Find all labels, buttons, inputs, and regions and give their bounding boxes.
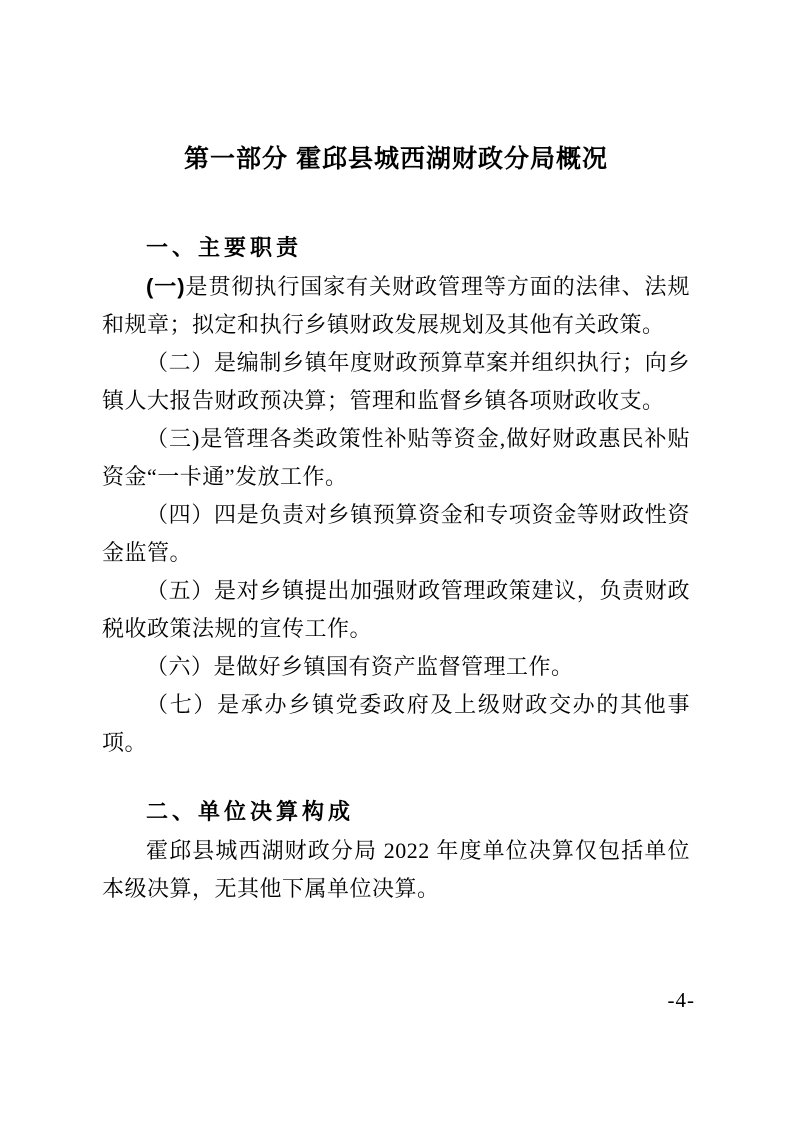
duty-paragraph-1: (一)是贯彻执行国家有关财政管理等方面的法律、法规和规章；拟定和执行乡镇财政发展… [102, 268, 690, 344]
paragraph-marker: （七） [146, 692, 217, 717]
page-number: -4- [668, 988, 696, 1012]
duty-paragraph-4: （四）四是负责对乡镇预算资金和专项资金等财政性资金监管。 [102, 496, 690, 572]
unit-composition-paragraph: 霍邱县城西湖财政分局 2022 年度单位决算仅包括单位本级决算，无其他下属单位决… [102, 832, 690, 908]
paragraph-text: 霍邱县城西湖财政分局 2022 年度单位决算仅包括单位本级决算，无其他下属单位决… [102, 838, 690, 901]
duty-paragraph-5: （五）是对乡镇提出加强财政管理政策建议，负责财政税收政策法规的宣传工作。 [102, 572, 690, 648]
section-heading-main-duties: 一、主要职责 [102, 228, 690, 268]
paragraph-marker: （五） [146, 578, 214, 603]
document-title: 第一部分 霍邱县城西湖财政分局概况 [102, 142, 690, 176]
duty-paragraph-3: （三)是管理各类政策性补贴等资金,做好财政惠民补贴资金“一卡通”发放工作。 [102, 420, 690, 496]
duty-paragraph-2: （二）是编制乡镇年度财政预算草案并组织执行；向乡镇人大报告财政预决算；管理和监督… [102, 344, 690, 420]
duty-paragraph-6: （六）是做好乡镇国有资产监督管理工作。 [102, 648, 690, 686]
paragraph-marker: （六） [146, 654, 214, 679]
paragraph-text: 是做好乡镇国有资产监督管理工作。 [214, 654, 574, 679]
paragraph-marker: （二） [146, 350, 214, 375]
paragraph-marker: （四） [146, 502, 214, 527]
paragraph-marker: (一) [146, 274, 185, 299]
document-page: 第一部分 霍邱县城西湖财政分局概况 一、主要职责 (一)是贯彻执行国家有关财政管… [0, 0, 793, 1122]
paragraph-text: 是贯彻执行国家有关财政管理等方面的法律、法规和规章；拟定和执行乡镇财政发展规划及… [102, 274, 690, 337]
section-heading-unit-composition: 二、单位决算构成 [102, 792, 690, 832]
document-content: 第一部分 霍邱县城西湖财政分局概况 一、主要职责 (一)是贯彻执行国家有关财政管… [102, 0, 690, 908]
paragraph-marker: （三) [146, 426, 200, 451]
duty-paragraph-7: （七）是承办乡镇党委政府及上级财政交办的其他事项。 [102, 686, 690, 762]
